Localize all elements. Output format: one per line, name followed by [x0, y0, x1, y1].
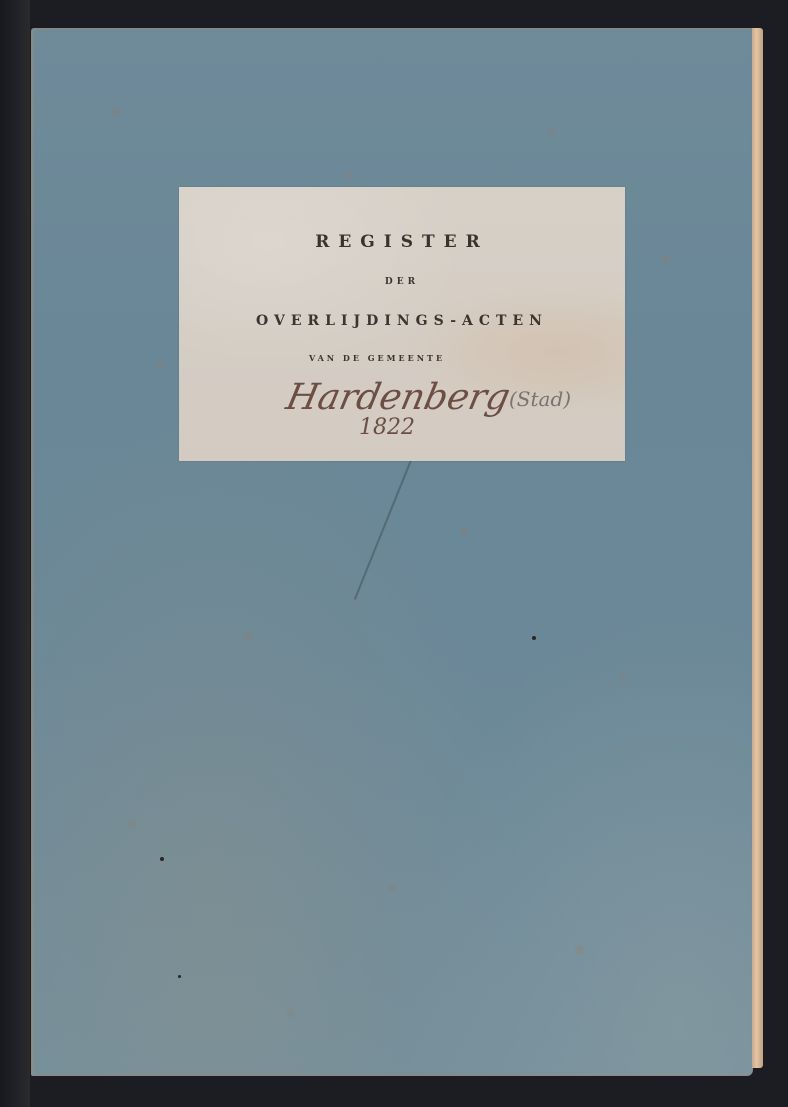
label-municipality-prefix: VAN DE GEMEENTE	[309, 353, 445, 363]
cover-label: REGISTER DER OVERLIJDINGS-ACTEN VAN DE G…	[179, 187, 625, 461]
handwritten-municipality: Hardenberg	[283, 377, 514, 418]
page-fore-edge	[752, 28, 763, 1068]
stain-spot	[160, 857, 164, 861]
scanner-backdrop	[0, 0, 30, 1107]
stain-spot	[532, 636, 536, 640]
register-cover	[31, 28, 753, 1076]
handwritten-note: (Stad)	[509, 387, 571, 411]
label-heading: OVERLIJDINGS-ACTEN	[179, 313, 625, 329]
handwritten-year: 1822	[359, 415, 415, 440]
stain-spot	[178, 975, 181, 978]
label-title: REGISTER	[179, 232, 625, 252]
label-subtitle: DER	[179, 277, 625, 287]
